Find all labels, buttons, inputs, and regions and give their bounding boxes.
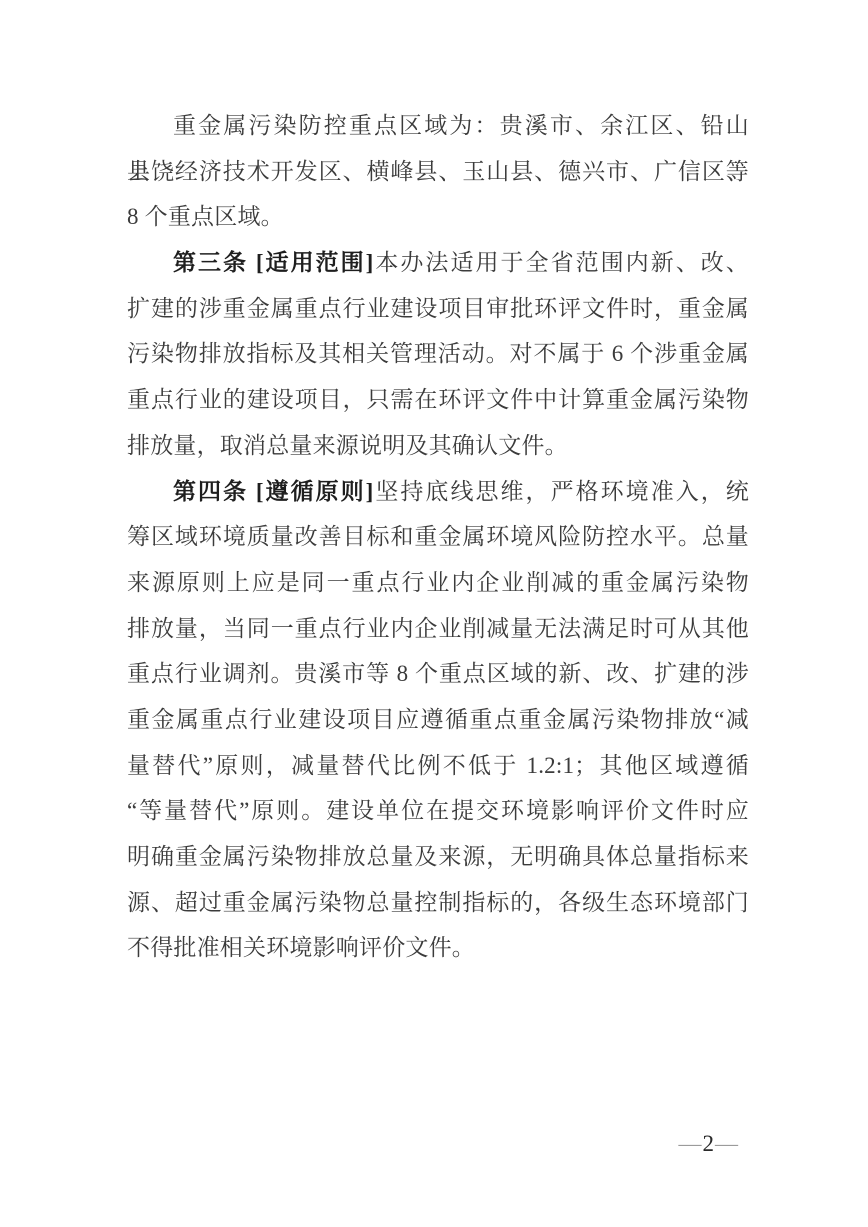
document-page: 重金属污染防控重点区域为：贵溪市、余江区、铅山县、上饶经济技术开发区、横峰县、玉… [0, 0, 868, 1227]
page-number: 2 [702, 1131, 716, 1156]
text-line: 污染物排放指标及其相关管理活动。对不属于 6 个涉重金属 [127, 331, 749, 377]
text-run: 排放量，当同一重点行业内企业削减量无法满足时可从其他 [127, 616, 749, 641]
text-line: 重金属重点行业建设项目应遵循重点重金属污染物排放“减 [127, 697, 749, 743]
text-line: “等量替代”原则。建设单位在提交环境影响评价文件时应 [127, 788, 749, 834]
article-heading: 第四条 [遵循原则] [173, 479, 374, 504]
text-line: 量替代”原则，减量替代比例不低于 1.2:1；其他区域遵循 [127, 743, 749, 789]
text-run: 筹区域环境质量改善目标和重金属环境风险防控水平。总量 [127, 524, 749, 549]
text-run: 源、超过重金属污染物总量控制指标的，各级生态环境部门 [127, 890, 749, 915]
article-heading: 第三条 [适用范围] [173, 250, 374, 275]
text-line: 来源原则上应是同一重点行业内企业削减的重金属污染物 [127, 560, 749, 606]
text-line: 第三条 [适用范围]本办法适用于全省范围内新、改、 [127, 240, 749, 286]
document-body: 重金属污染防控重点区域为：贵溪市、余江区、铅山县、上饶经济技术开发区、横峰县、玉… [127, 103, 749, 971]
text-line: 第四条 [遵循原则]坚持底线思维，严格环境准入，统 [127, 469, 749, 515]
text-run: 污染物排放指标及其相关管理活动。对不属于 6 个涉重金属 [127, 341, 749, 366]
text-run: 8 个重点区域。 [127, 204, 284, 229]
text-line: 重点行业的建设项目，只需在环评文件中计算重金属污染物 [127, 377, 749, 423]
text-line: 筹区域环境质量改善目标和重金属环境风险防控水平。总量 [127, 514, 749, 560]
text-line: 重金属污染防控重点区域为：贵溪市、余江区、铅山县、 [127, 103, 749, 149]
text-run: 明确重金属污染物排放总量及来源，无明确具体总量指标来 [127, 844, 749, 869]
text-run: 本办法适用于全省范围内新、改、 [374, 250, 749, 275]
text-line: 排放量，当同一重点行业内企业削减量无法满足时可从其他 [127, 606, 749, 652]
text-run: 重点行业的建设项目，只需在环评文件中计算重金属污染物 [127, 387, 749, 412]
page-number-dash-left: — [679, 1131, 702, 1156]
text-run: 重金属重点行业建设项目应遵循重点重金属污染物排放“减 [127, 707, 749, 732]
text-line: 重点行业调剂。贵溪市等 8 个重点区域的新、改、扩建的涉 [127, 651, 749, 697]
text-run: 扩建的涉重金属重点行业建设项目审批环评文件时，重金属 [127, 296, 749, 321]
text-run: 上饶经济技术开发区、横峰县、玉山县、德兴市、广信区等 [127, 159, 749, 184]
text-line: 明确重金属污染物排放总量及来源，无明确具体总量指标来 [127, 834, 749, 880]
text-line: 不得批准相关环境影响评价文件。 [127, 925, 749, 971]
text-run: 量替代”原则，减量替代比例不低于 1.2:1；其他区域遵循 [127, 753, 749, 778]
text-line: 8 个重点区域。 [127, 194, 749, 240]
text-line: 扩建的涉重金属重点行业建设项目审批环评文件时，重金属 [127, 286, 749, 332]
text-line: 源、超过重金属污染物总量控制指标的，各级生态环境部门 [127, 880, 749, 926]
text-run: 坚持底线思维，严格环境准入，统 [374, 479, 749, 504]
text-run: “等量替代”原则。建设单位在提交环境影响评价文件时应 [127, 798, 749, 823]
text-line: 排放量，取消总量来源说明及其确认文件。 [127, 423, 749, 469]
text-run: 排放量，取消总量来源说明及其确认文件。 [127, 433, 568, 458]
text-run: 不得批准相关环境影响评价文件。 [127, 935, 475, 960]
text-run: 来源原则上应是同一重点行业内企业削减的重金属污染物 [127, 570, 749, 595]
page-number-dash-right: — [715, 1131, 738, 1156]
text-line: 上饶经济技术开发区、横峰县、玉山县、德兴市、广信区等 [127, 149, 749, 195]
page-footer: —2— [679, 1121, 739, 1166]
text-run: 重点行业调剂。贵溪市等 8 个重点区域的新、改、扩建的涉 [127, 661, 749, 686]
